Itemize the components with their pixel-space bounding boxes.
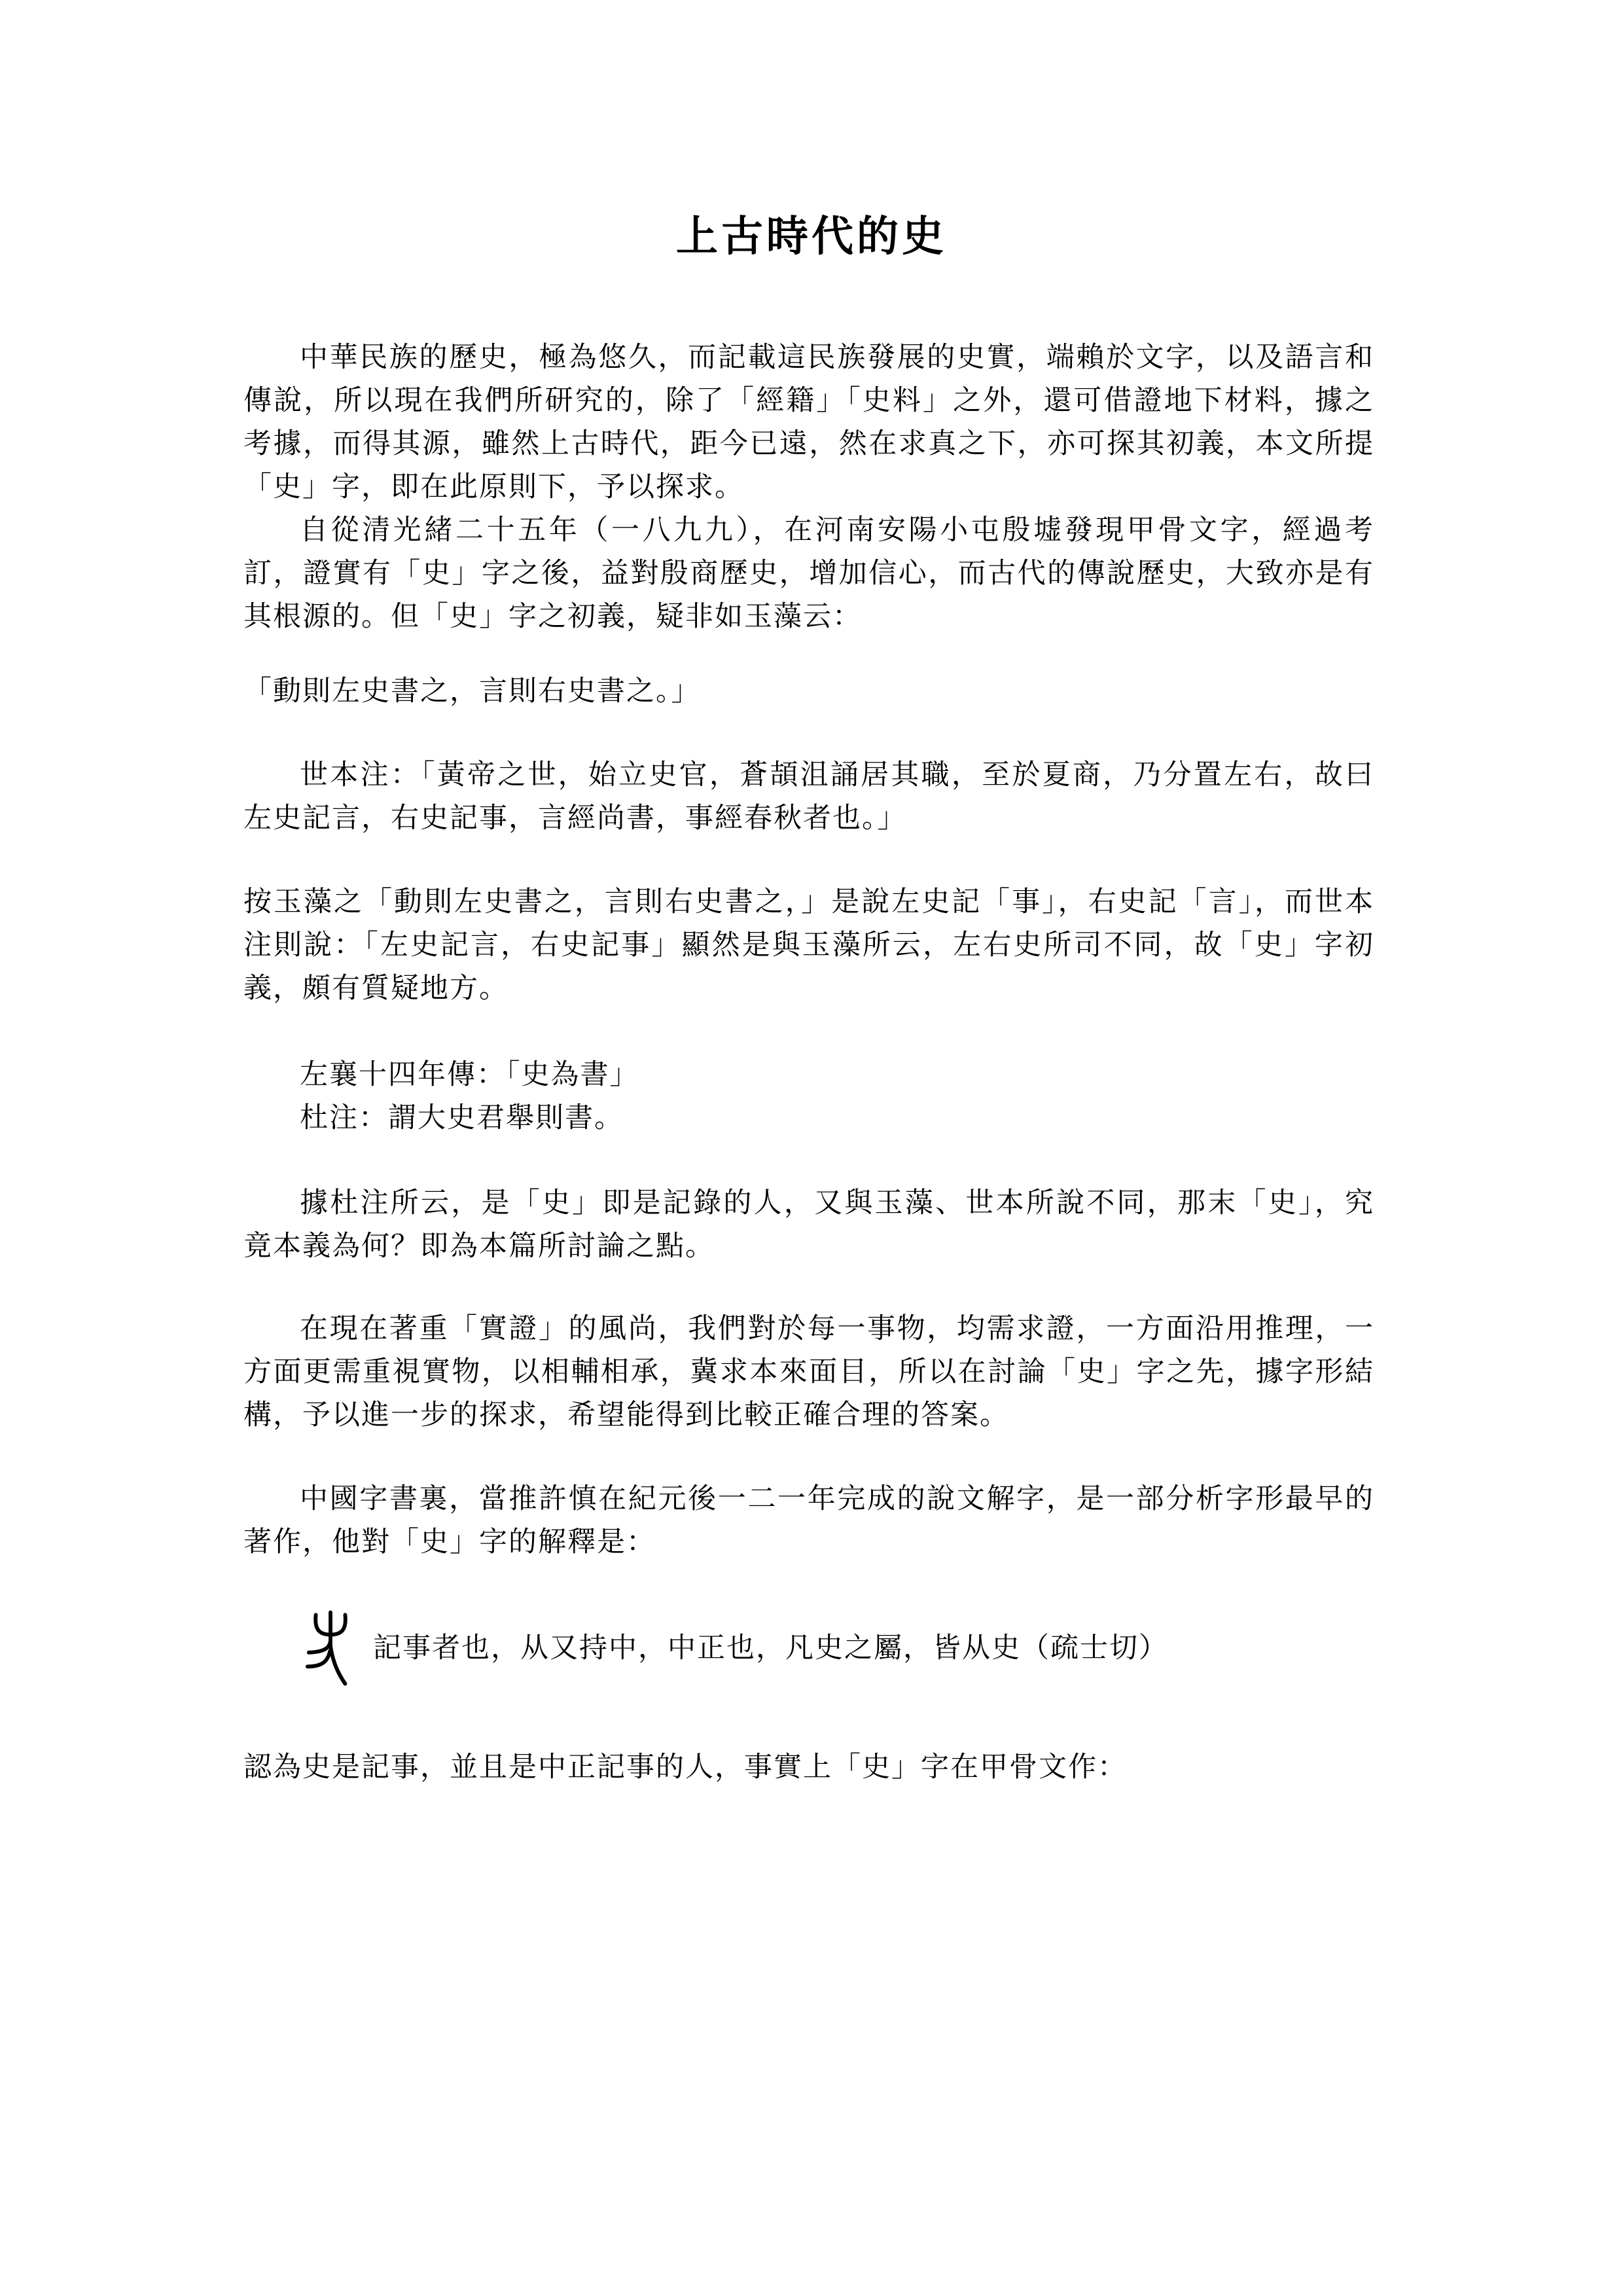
paragraph-duzhu-discussion: 據杜注所云，是「史」即是記錄的人，又與玉藻、世本所說不同，那末「史」，究竟本義為… xyxy=(243,1182,1374,1268)
paragraph-intro: 中華民族的歷史，極為悠久，而記載這民族發展的史實，端賴於文字，以及語言和傳說，所… xyxy=(243,336,1374,509)
quote-shiben: 世本注：「黃帝之世，始立史官，蒼頡沮誦居其職，至於夏商，乃分置左右，故曰左史記言… xyxy=(243,754,1374,840)
text-column: 中華民族的歷史，極為悠久，而記載這民族發展的史實，端賴於文字，以及語言和傳說，所… xyxy=(243,336,1374,1789)
zuozhuan-reference-block: 左襄十四年傳：「史為書」 杜注：謂大史君舉則書。 xyxy=(243,1054,1374,1140)
shuowen-definition-text: 記事者也，从又持中，中正也，凡史之屬，皆从史（疏士切） xyxy=(373,1627,1168,1670)
zuozhuan-line: 左襄十四年傳：「史為書」 xyxy=(300,1054,1374,1097)
document-page: 上古時代的史 中華民族的歷史，極為悠久，而記載這民族發展的史實，端賴於文字，以及… xyxy=(0,0,1623,2296)
duzhu-line: 杜注：謂大史君舉則書。 xyxy=(300,1097,1374,1140)
shuowen-definition-row: 記事者也，从又持中，中正也，凡史之屬，皆从史（疏士切） xyxy=(243,1610,1374,1687)
paragraph-evidence-method: 在現在著重「實證」的風尚，我們對於每一事物，均需求證，一方面沿用推理，一方面更需… xyxy=(243,1308,1374,1437)
page-title: 上古時代的史 xyxy=(0,213,1623,259)
paragraph-shuowen-intro: 中國字書裏，當推許慎在紀元後一二一年完成的說文解字，是一部分析字形最早的著作，他… xyxy=(243,1478,1374,1564)
paragraph-oracle-bones: 自從清光緒二十五年（一八九九），在河南安陽小屯殷墟發現甲骨文字，經過考訂，證實有… xyxy=(243,509,1374,639)
paragraph-comparison: 按玉藻之「動則左史書之，言則右史書之，」是說左史記「事」，右史記「言」，而世本注… xyxy=(243,881,1374,1011)
seal-script-shi-glyph xyxy=(305,1610,356,1687)
quote-yuzao: 「動則左史書之，言則右史書之。」 xyxy=(243,670,1374,713)
paragraph-conclusion: 認為史是記事，並且是中正記事的人，事實上「史」字在甲骨文作： xyxy=(243,1746,1374,1789)
